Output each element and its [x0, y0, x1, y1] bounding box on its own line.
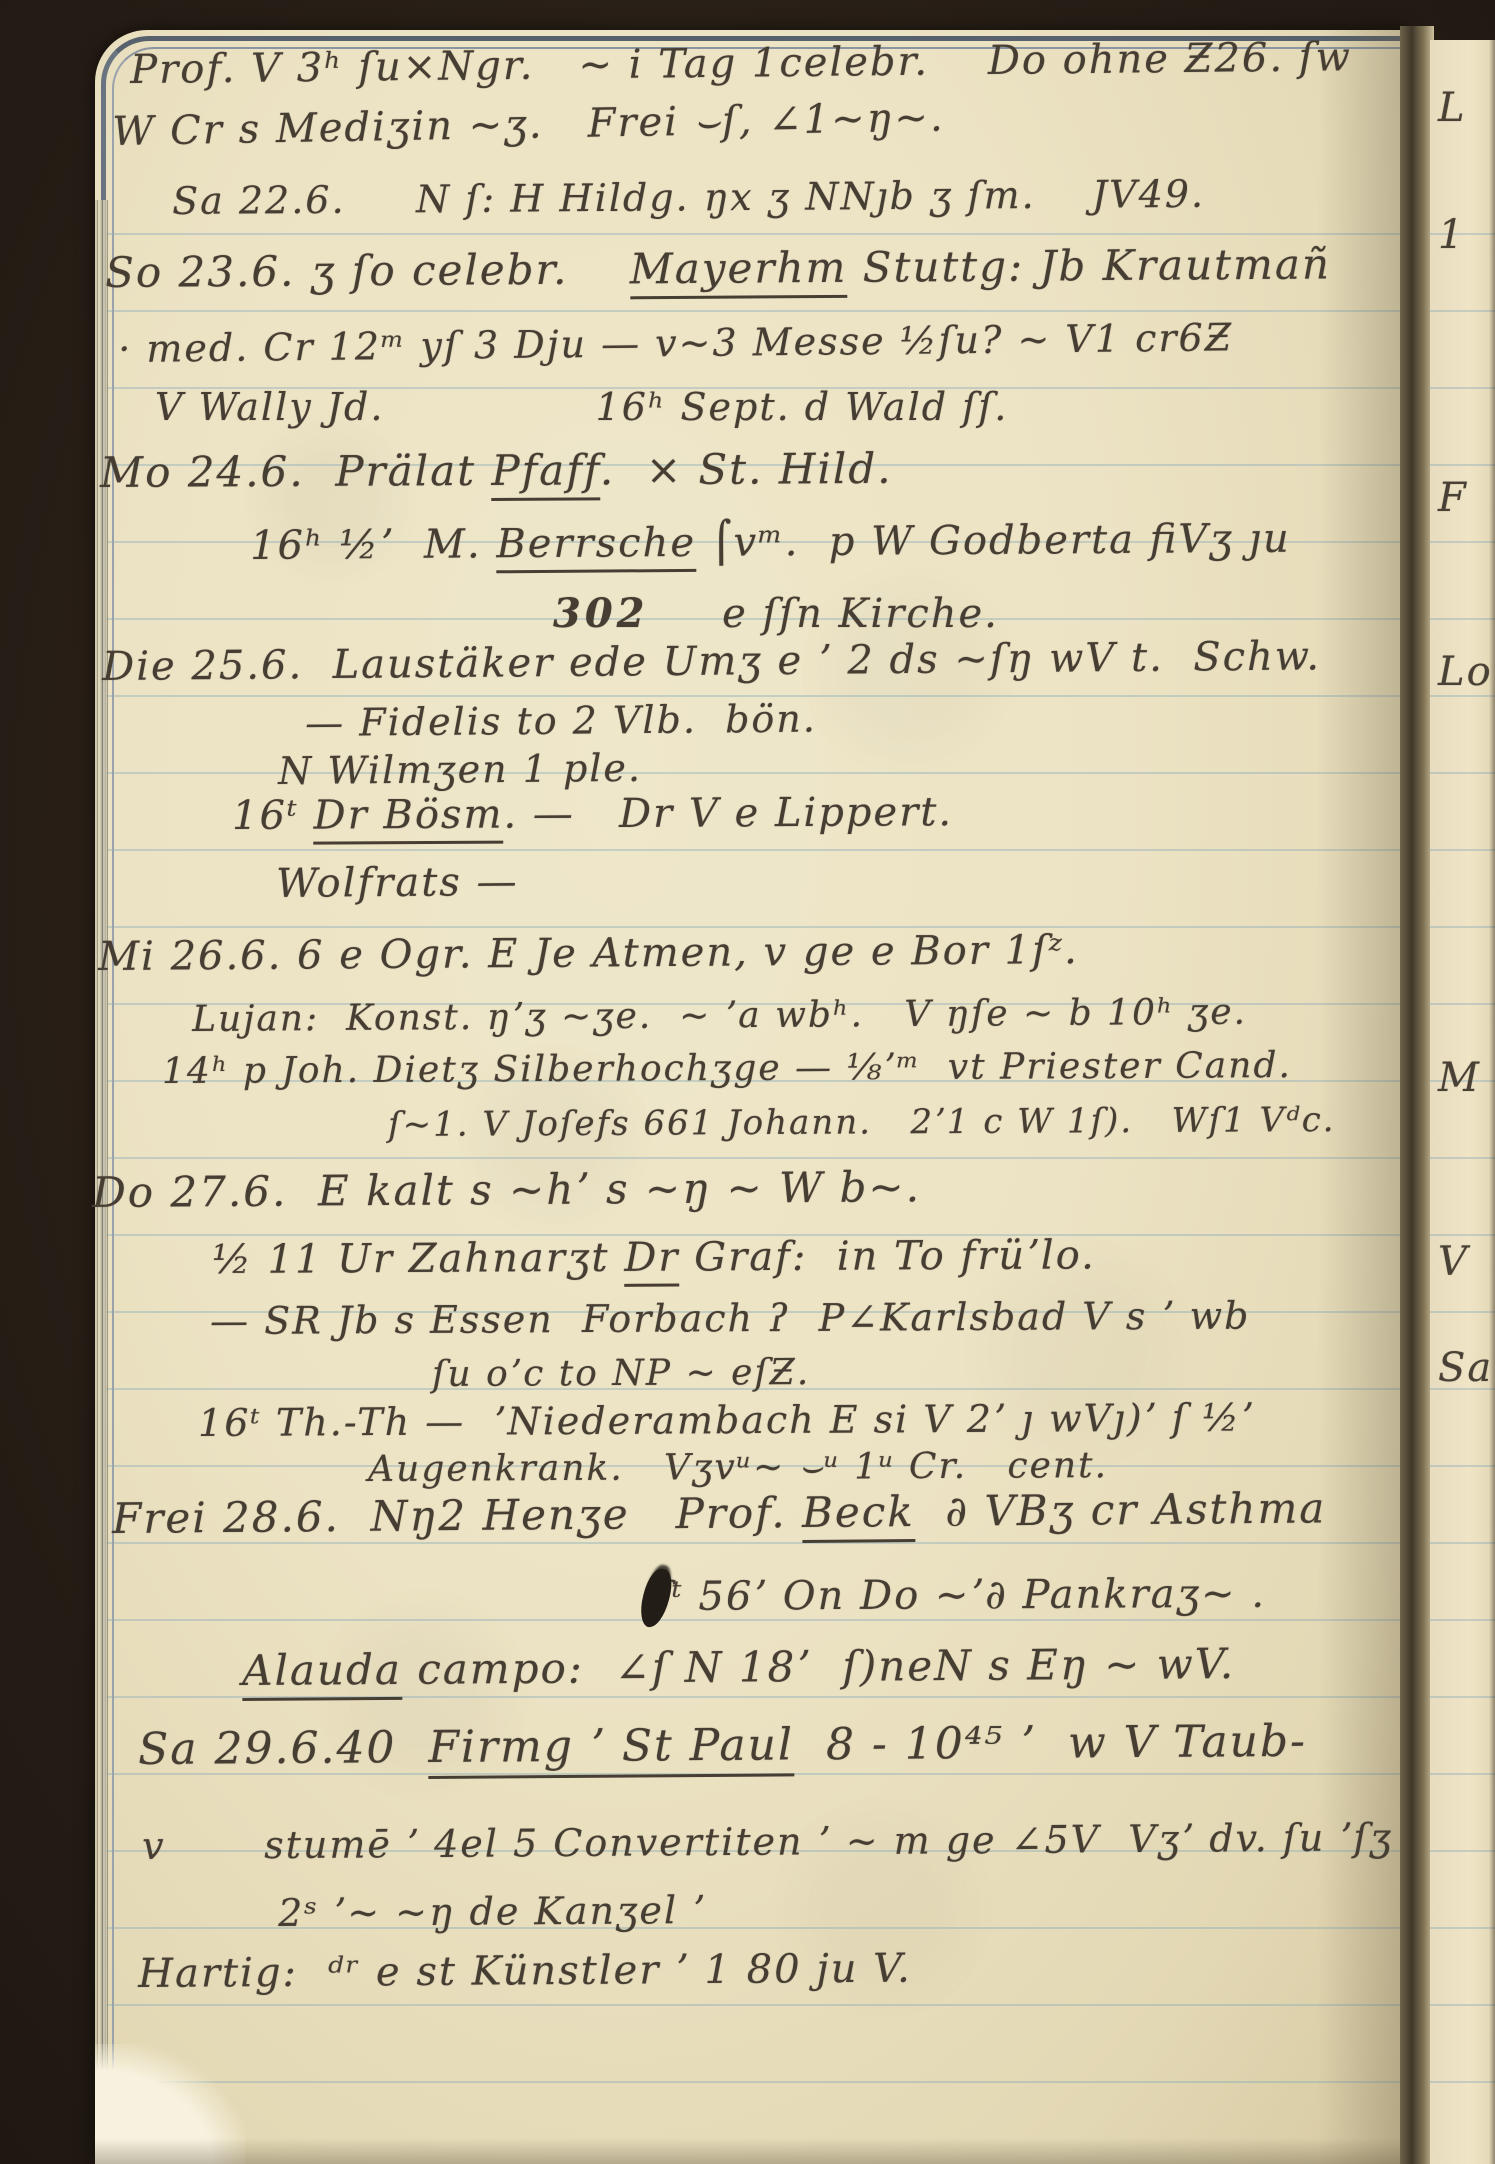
handwriting-line: 16ᵗ Th.-Th — ʼNiederambach E si V 2ʼ ȷ w…	[198, 1398, 1255, 1442]
handwriting-text: Frei 28.6. Nŋ2 Henʒe Prof.	[112, 1488, 802, 1543]
facing-page-fragment: 1	[1438, 215, 1465, 255]
handwriting-text: . × St. Hild.	[600, 444, 893, 495]
notebook-photo: { "document": { "type": "handwritten dia…	[0, 0, 1495, 2164]
handwriting-line: Prof. V 3ʰ ſu×Ngr. ~ i Tag 1celebr. Do o…	[130, 37, 1352, 90]
handwriting-text: 302	[553, 590, 649, 637]
handwriting-text: Mo 24.6. Prälat	[100, 446, 492, 497]
handwriting-text: Sa 29.6.40	[138, 1722, 429, 1775]
handwriting-text: . — Dr V e Lippert.	[503, 789, 953, 837]
handwriting-line: Lujan: Konst. ŋʼʒ ~ʒe. ~ ʼa wbʰ. V ŋſe ~…	[192, 995, 1247, 1038]
facing-page-fragment: F	[1438, 478, 1468, 518]
handwriting-text: 14ʰ p Joh. Dietʒ Silberhochʒge — ⅛ʼᵐ vt …	[162, 1045, 1292, 1092]
handwriting-text: ∂ VBʒ cr Asthma	[914, 1483, 1326, 1536]
facing-page-fragment: Lo	[1438, 652, 1493, 692]
handwriting-text: 16ʰ ½ʼ M.	[250, 521, 497, 569]
handwriting-line: ſᵗ 56ʼ On Do ~ʼ∂ Pankraʒ~ .	[655, 1574, 1266, 1617]
diary-page: Prof. V 3ʰ ſu×Ngr. ~ i Tag 1celebr. Do o…	[95, 30, 1407, 2164]
handwriting-text: 8 - 10⁴⁵ ʼ w V Taub-	[794, 1716, 1307, 1771]
handwriting-text: campo: ∠ſ N 18ʼ ſ)neN s Eŋ ~ wV.	[402, 1639, 1236, 1694]
underlined-word: Alauda	[242, 1645, 402, 1701]
handwriting-line: W Cr s Mediʒin ~ʒ. Frei ⌣ſ, ∠1~ŋ~.	[112, 97, 945, 152]
handwriting-line: Mo 24.6. Prälat Pfaff. × St. Hild.	[100, 448, 893, 494]
handwriting-line: Sa 22.6. N ſ: H Hildg. ŋx ʒ NNȷb ʒ ſm. J…	[172, 175, 1205, 220]
handwriting-layer: Prof. V 3ʰ ſu×Ngr. ~ i Tag 1celebr. Do o…	[95, 30, 1407, 2164]
underlined-word: Pfaff	[491, 445, 600, 501]
handwriting-text: ⌠vᵐ. p W Godberta ﬁVʒ ȷu	[696, 516, 1291, 566]
handwriting-line: Hartig: ᵈʳ e st Künstler ʼ 1 80 ju V.	[138, 1949, 912, 1994]
handwriting-line: ½ 11 Ur Zahnarʒt Dr Graf: in To früʼlo.	[212, 1235, 1096, 1280]
handwriting-line: Mi 26.6. 6 e Ogr. E Je Atmen, v ge e Bor…	[98, 930, 1079, 977]
handwriting-line: 16ʰ ½ʼ M. Berrsche ⌠vᵐ. p W Godberta ﬁVʒ…	[250, 519, 1291, 566]
handwriting-line: N Wilmʒen 1 ple.	[278, 749, 642, 790]
photo-right-edge-shadow	[1489, 40, 1495, 2164]
underlined-word: Beck	[802, 1487, 915, 1543]
handwriting-text: v stumē ʼ 4el 5 Convertiten ʼ ~ m ge ∠5V…	[142, 1815, 1393, 1868]
facing-page-fragment: V	[1438, 1242, 1469, 1282]
handwriting-line: Frei 28.6. Nŋ2 Henʒe Prof. Beck ∂ VBʒ cr…	[112, 1487, 1327, 1540]
facing-page-fragment: M	[1438, 1058, 1481, 1098]
handwriting-text: ſu oʼc to NP ~ eſƵ.	[432, 1352, 810, 1395]
handwriting-line: — Fidelis to 2 Vlb. bön.	[305, 700, 817, 742]
handwriting-text: · med. Cr 12ᵐ yſ 3 Dju — v~3 Messe ½ſu? …	[118, 315, 1233, 371]
underlined-word: Berrsche	[496, 520, 696, 573]
handwriting-line: 302 e ſſn Kirche.	[553, 594, 999, 634]
handwriting-line: Die 25.6. Laustäker ede Umʒ e ʼ 2 ds ~ſŋ…	[102, 636, 1321, 687]
handwriting-line: Do 27.6. E kalt s ~hʼ s ~ŋ ~ W b~.	[92, 1166, 921, 1214]
handwriting-line: — SR Jb s Essen Forbach ʔ P∠Karlsbad V s…	[210, 1297, 1251, 1340]
handwriting-text: Mi 26.6. 6 e Ogr. E Je Atmen, v ge e Bor…	[98, 927, 1079, 980]
handwriting-text: ½ 11 Ur Zahnarʒt	[212, 1235, 624, 1283]
handwriting-text: Wolfrats —	[276, 859, 519, 907]
handwriting-line: V Wally Jd. 16ʰ Sept. d Wald ſſ.	[155, 388, 1008, 426]
handwriting-line: Augenkrank. Vʒvᵘ~ ⌣ᵘ 1ᵘ Cr. cent.	[368, 1448, 1108, 1488]
underlined-word: Mayerhm	[630, 243, 848, 300]
handwriting-text: — Fidelis to 2 Vlb. bön.	[305, 697, 817, 745]
handwriting-line: v stumē ʼ 4el 5 Convertiten ʼ ~ m ge ∠5V…	[142, 1818, 1393, 1865]
handwriting-text: Stuttg: Jb Krautmañ	[847, 239, 1331, 291]
handwriting-text: ſ~1. V Joſefs 661 Johann. 2ʼ1 c W 1ſ). W…	[388, 1100, 1336, 1145]
handwriting-line: Alauda campo: ∠ſ N 18ʼ ſ)neN s Eŋ ~ wV.	[242, 1643, 1235, 1692]
handwriting-text: ſᵗ 56ʼ On Do ~ʼ∂ Pankraʒ~ .	[655, 1571, 1266, 1620]
handwriting-line: Wolfrats —	[276, 862, 519, 904]
handwriting-text: Prof. V 3ʰ ſu×Ngr. ~ i Tag 1celebr. Do o…	[130, 34, 1352, 93]
underlined-word: Dr	[624, 1235, 679, 1287]
underlined-word: Dr Bösm	[313, 792, 503, 845]
handwriting-text: Die 25.6. Laustäker ede Umʒ e ʼ 2 ds ~ſŋ…	[102, 633, 1321, 690]
handwriting-line: Sa 29.6.40 Firmg ʼ St Paul 8 - 10⁴⁵ ʼ w …	[138, 1720, 1307, 1772]
handwriting-text: Augenkrank. Vʒvᵘ~ ⌣ᵘ 1ᵘ Cr. cent.	[368, 1445, 1108, 1490]
handwriting-text: 2ˢ ʼ~ ~ŋ de Kanʒel ʼ	[278, 1888, 706, 1935]
handwriting-text: Sa 22.6. N ſ: H Hildg. ŋx ʒ NNȷb ʒ ſm. J…	[172, 172, 1205, 223]
facing-fragments-layer: L1FLoMVSa	[1430, 40, 1495, 2164]
page-gutter	[1400, 26, 1434, 2164]
handwriting-text: 16ᵗ	[232, 793, 314, 839]
handwriting-text: 16ᵗ Th.-Th — ʼNiederambach E si V 2ʼ ȷ w…	[198, 1395, 1255, 1445]
handwriting-line: 16ᵗ Dr Bösm. — Dr V e Lippert.	[232, 792, 953, 836]
handwriting-text: W Cr s Mediʒin ~ʒ. Frei ⌣ſ, ∠1~ŋ~.	[112, 94, 945, 155]
handwriting-text: Lujan: Konst. ŋʼʒ ~ʒe. ~ ʼa wbʰ. V ŋſe ~…	[192, 992, 1247, 1040]
handwriting-line: So 23.6. ʒ ſo celebr. Mayerhm Stuttg: Jb…	[105, 243, 1331, 294]
handwriting-text: Do 27.6. E kalt s ~hʼ s ~ŋ ~ W b~.	[92, 1162, 921, 1217]
handwriting-text: So 23.6. ʒ ſo celebr.	[105, 244, 630, 297]
underlined-word: Firmg ʼ St Paul	[428, 1719, 794, 1779]
handwriting-text: Graf: in To früʼlo.	[679, 1232, 1096, 1280]
handwriting-text: Hartig: ᵈʳ e st Künstler ʼ 1 80 ju V.	[138, 1946, 912, 1997]
facing-page: L1FLoMVSa	[1430, 40, 1495, 2164]
handwriting-line: · med. Cr 12ᵐ yſ 3 Dju — v~3 Messe ½ſu? …	[118, 318, 1233, 368]
facing-page-fragment: Sa	[1438, 1348, 1493, 1388]
handwriting-text: — SR Jb s Essen Forbach ʔ P∠Karlsbad V s…	[210, 1294, 1251, 1343]
handwriting-text: V Wally Jd. 16ʰ Sept. d Wald ſſ.	[155, 385, 1008, 429]
handwriting-line: ſu oʼc to NP ~ eſƵ.	[432, 1355, 810, 1393]
facing-page-fragment: L	[1438, 88, 1467, 128]
handwriting-text: N Wilmʒen 1 ple.	[278, 746, 642, 793]
handwriting-line: 2ˢ ʼ~ ~ŋ de Kanʒel ʼ	[278, 1891, 706, 1932]
handwriting-text: e ſſn Kirche.	[649, 591, 999, 637]
handwriting-line: 14ʰ p Joh. Dietʒ Silberhochʒge — ⅛ʼᵐ vt …	[162, 1048, 1292, 1090]
handwriting-line: ſ~1. V Joſefs 661 Johann. 2ʼ1 c W 1ſ). W…	[388, 1103, 1336, 1142]
